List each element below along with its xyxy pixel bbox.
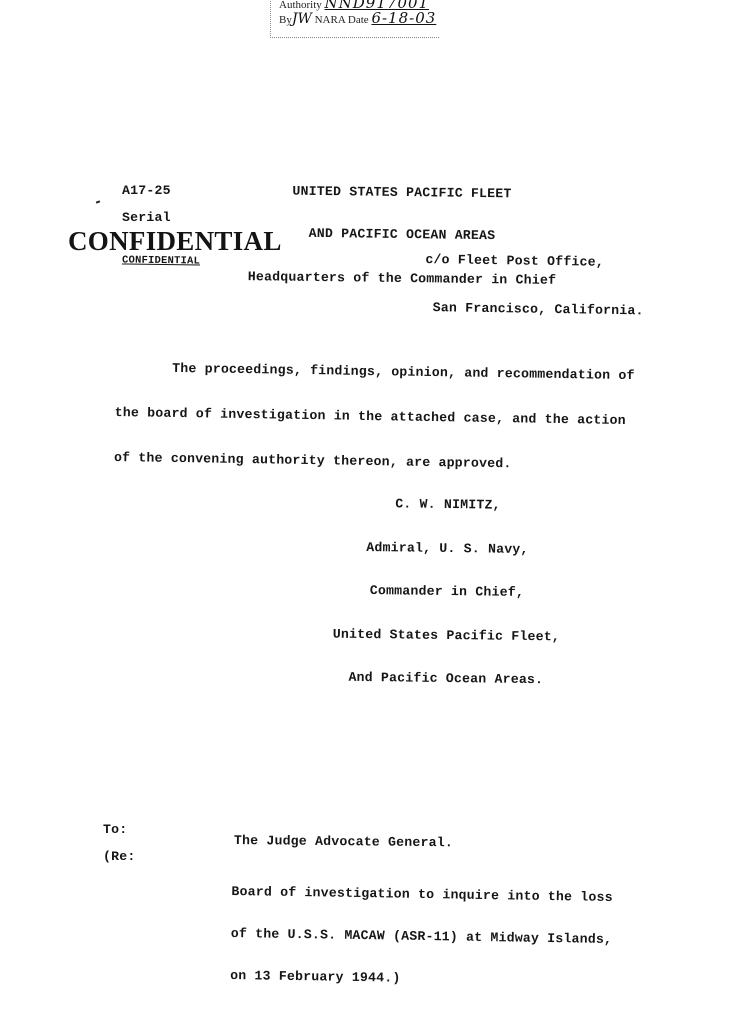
re-subject: Board of investigation to inquire into t… <box>230 857 614 1003</box>
address-line: San Francisco, California. <box>424 300 643 319</box>
paragraph-line: The proceedings, findings, opinion, and … <box>115 360 634 383</box>
to-recipient: The Judge Advocate General. <box>234 833 453 850</box>
letterhead-line: UNITED STATES PACIFIC FLEET <box>232 184 572 202</box>
declassification-stamp: Authority NND917001 ByJW NARA Date 6-18-… <box>270 0 439 38</box>
address: c/o Fleet Post Office, San Francisco, Ca… <box>424 220 645 335</box>
classification-stamp: CONFIDENTIAL <box>68 226 282 257</box>
nara-date-label: NARA Date <box>315 14 369 26</box>
signature-line: And Pacific Ocean Areas. <box>315 670 577 688</box>
signature-line: Commander in Chief, <box>316 583 578 601</box>
subject-line: on 13 February 1944.) <box>230 969 612 989</box>
serial-label: Serial <box>122 210 171 225</box>
file-reference: A17-25 <box>122 183 171 198</box>
to-label: To: <box>103 822 127 837</box>
paragraph-line: the board of investigation in the attach… <box>115 405 634 428</box>
by-label: By <box>279 14 292 26</box>
by-initials: JW <box>292 11 312 27</box>
signature-line: Admiral, U. S. Navy, <box>316 540 578 558</box>
signature-line: C. W. NIMITZ, <box>317 496 579 514</box>
signature-block: C. W. NIMITZ, Admiral, U. S. Navy, Comma… <box>315 467 580 702</box>
approval-paragraph: The proceedings, findings, opinion, and … <box>114 330 636 488</box>
subject-line: Board of investigation to inquire into t… <box>231 885 613 905</box>
signature-line: United States Pacific Fleet, <box>315 627 577 645</box>
nara-date-value: 6-18-03 <box>371 9 436 27</box>
re-label: (Re: <box>103 849 135 864</box>
subject-line: of the U.S.S. MACAW (ASR-11) at Midway I… <box>231 927 613 947</box>
address-line: c/o Fleet Post Office, <box>425 252 644 271</box>
stray-mark <box>96 200 100 203</box>
classification-typed: CONFIDENTIAL <box>122 254 200 267</box>
